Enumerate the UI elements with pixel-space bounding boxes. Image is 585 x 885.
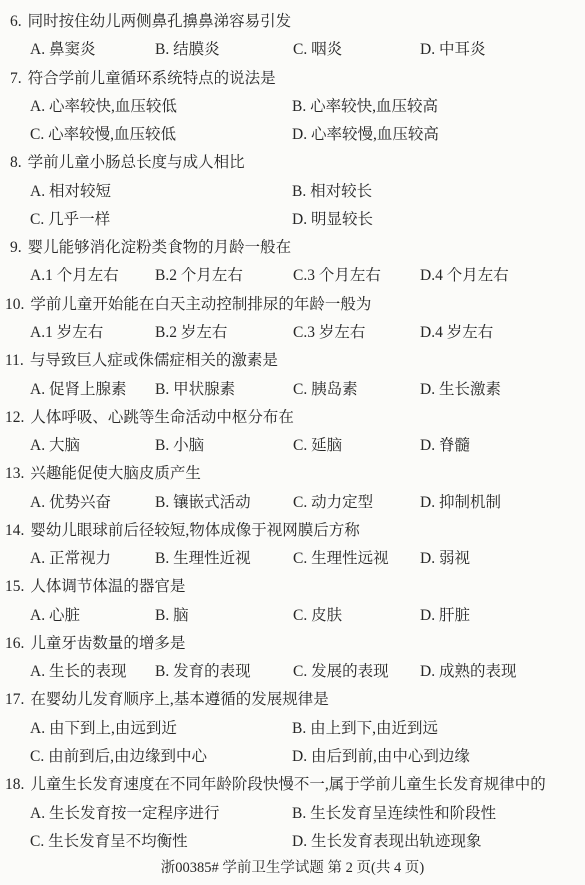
question-stem-text: 婴儿能够消化淀粉类食物的月龄一般在 <box>28 239 292 256</box>
question-stem-text: 同时按住幼儿两侧鼻孔擤鼻涕容易引发 <box>28 13 292 30</box>
question-number: 15. <box>5 578 24 595</box>
option-d: D.4 岁左右 <box>420 323 493 343</box>
question-stem-text: 人体调节体温的器官是 <box>30 578 185 595</box>
option-a: A. 促肾上腺素 <box>30 380 126 400</box>
option-d: D. 由后到前,由中心到边缘 <box>292 747 470 767</box>
option-c: C. 生理性远视 <box>293 549 389 569</box>
option-row: A. 鼻窦炎B. 结膜炎C. 咽炎D. 中耳炎 <box>0 40 585 62</box>
question-number: 18. <box>5 776 24 793</box>
option-b: B. 由上到下,由近到远 <box>292 719 438 739</box>
option-a: A. 生长发育按一定程序进行 <box>30 804 219 824</box>
option-row: A. 生长发育按一定程序进行B. 生长发育呈连续性和阶段性 <box>0 804 585 826</box>
question-stem-line: 15.人体调节体温的器官是 <box>0 577 585 599</box>
option-d: D. 心率较慢,血压较高 <box>292 125 439 145</box>
option-row: C. 心率较慢,血压较低D. 心率较慢,血压较高 <box>0 125 585 147</box>
option-row: C. 由前到后,由边缘到中心D. 由后到前,由中心到边缘 <box>0 747 585 769</box>
option-d: D. 脊髓 <box>420 436 470 456</box>
option-row: A. 相对较短B. 相对较长 <box>0 182 585 204</box>
option-c: C. 几乎一样 <box>30 210 110 230</box>
option-d: D. 生长发育表现出轨迹现象 <box>292 832 481 852</box>
question-stem-text: 学前儿童开始能在白天主动控制排尿的年龄一般为 <box>30 296 371 313</box>
option-d: D. 肝脏 <box>420 606 470 626</box>
option-a: A. 心率较快,血压较低 <box>30 97 177 117</box>
option-row: A. 心脏B. 脑C. 皮肤D. 肝脏 <box>0 606 585 628</box>
question-stem-text: 符合学前儿童循环系统特点的说法是 <box>28 70 276 87</box>
option-b: B. 结膜炎 <box>155 40 220 60</box>
option-d: D. 明显较长 <box>292 210 373 230</box>
option-d: D. 中耳炎 <box>420 40 485 60</box>
exam-page: 6.同时按住幼儿两侧鼻孔擤鼻涕容易引发A. 鼻窦炎B. 结膜炎C. 咽炎D. 中… <box>0 0 585 885</box>
option-row: A. 大脑B. 小脑C. 延脑D. 脊髓 <box>0 436 585 458</box>
option-c: C. 动力定型 <box>293 493 373 513</box>
question-stem-line: 6.同时按住幼儿两侧鼻孔擤鼻涕容易引发 <box>0 12 585 34</box>
option-c: C.3 岁左右 <box>293 323 365 343</box>
option-d: D. 弱视 <box>420 549 470 569</box>
option-a: A. 相对较短 <box>30 182 111 202</box>
question-stem-line: 17.在婴幼儿发育顺序上,基本遵循的发展规律是 <box>0 690 585 712</box>
option-c: C. 胰岛素 <box>293 380 358 400</box>
option-a: A.1 个月左右 <box>30 266 119 286</box>
option-c: C. 生长发育呈不均衡性 <box>30 832 188 852</box>
option-b: B. 相对较长 <box>292 182 372 202</box>
option-c: C. 心率较慢,血压较低 <box>30 125 176 145</box>
option-a: A. 大脑 <box>30 436 80 456</box>
page-footer: 浙00385# 学前卫生学试题 第 2 页(共 4 页) <box>0 858 585 878</box>
question-number: 7. <box>10 70 22 87</box>
question-stem-line: 8.学前儿童小肠总长度与成人相比 <box>0 153 585 175</box>
option-b: B. 发育的表现 <box>155 662 251 682</box>
option-a: A. 生长的表现 <box>30 662 126 682</box>
option-row: A. 正常视力B. 生理性近视C. 生理性远视D. 弱视 <box>0 549 585 571</box>
option-d: D. 抑制机制 <box>420 493 501 513</box>
question-number: 12. <box>5 409 24 426</box>
option-a: A. 正常视力 <box>30 549 111 569</box>
question-stem-line: 18.儿童生长发育速度在不同年龄阶段快慢不一,属于学前儿童生长发育规律中的 <box>0 775 585 797</box>
option-c: C. 延脑 <box>293 436 342 456</box>
question-stem-line: 12.人体呼吸、心跳等生命活动中枢分布在 <box>0 408 585 430</box>
option-d: D. 生长激素 <box>420 380 501 400</box>
question-stem-line: 16.儿童牙齿数量的增多是 <box>0 634 585 656</box>
option-row: C. 生长发育呈不均衡性D. 生长发育表现出轨迹现象 <box>0 832 585 854</box>
option-b: B. 脑 <box>155 606 189 626</box>
question-stem-text: 兴趣能促使大脑皮质产生 <box>30 465 201 482</box>
option-a: A. 由下到上,由远到近 <box>30 719 177 739</box>
option-d: D.4 个月左右 <box>420 266 509 286</box>
option-b: B. 生理性近视 <box>155 549 251 569</box>
question-stem-line: 9.婴儿能够消化淀粉类食物的月龄一般在 <box>0 238 585 260</box>
question-number: 8. <box>10 154 22 171</box>
question-stem-line: 13.兴趣能促使大脑皮质产生 <box>0 464 585 486</box>
option-c: C. 由前到后,由边缘到中心 <box>30 747 207 767</box>
question-number: 13. <box>5 465 24 482</box>
option-d: D. 成熟的表现 <box>420 662 516 682</box>
option-c: C. 皮肤 <box>293 606 342 626</box>
option-b: B.2 岁左右 <box>155 323 227 343</box>
option-row: C. 几乎一样D. 明显较长 <box>0 210 585 232</box>
option-a: A. 鼻窦炎 <box>30 40 95 60</box>
option-row: A. 心率较快,血压较低B. 心率较快,血压较高 <box>0 97 585 119</box>
question-stem-line: 11.与导致巨人症或侏儒症相关的激素是 <box>0 351 585 373</box>
question-stem-text: 与导致巨人症或侏儒症相关的激素是 <box>30 352 278 369</box>
option-b: B. 心率较快,血压较高 <box>292 97 438 117</box>
question-number: 17. <box>5 691 24 708</box>
option-row: A. 促肾上腺素B. 甲状腺素C. 胰岛素D. 生长激素 <box>0 380 585 402</box>
option-row: A.1 个月左右B.2 个月左右C.3 个月左右D.4 个月左右 <box>0 266 585 288</box>
question-number: 14. <box>5 522 24 539</box>
question-stem-text: 学前儿童小肠总长度与成人相比 <box>28 154 245 171</box>
question-stem-line: 7.符合学前儿童循环系统特点的说法是 <box>0 69 585 91</box>
option-row: A.1 岁左右B.2 岁左右C.3 岁左右D.4 岁左右 <box>0 323 585 345</box>
option-b: B. 甲状腺素 <box>155 380 235 400</box>
option-c: C. 咽炎 <box>293 40 342 60</box>
option-c: C. 发展的表现 <box>293 662 389 682</box>
option-a: A. 优势兴奋 <box>30 493 111 513</box>
option-a: A.1 岁左右 <box>30 323 103 343</box>
option-b: B.2 个月左右 <box>155 266 243 286</box>
question-stem-text: 人体呼吸、心跳等生命活动中枢分布在 <box>30 409 294 426</box>
option-b: B. 小脑 <box>155 436 204 456</box>
question-stem-line: 10.学前儿童开始能在白天主动控制排尿的年龄一般为 <box>0 295 585 317</box>
question-stem-text: 在婴幼儿发育顺序上,基本遵循的发展规律是 <box>30 691 328 708</box>
question-number: 6. <box>10 13 22 30</box>
option-row: A. 生长的表现B. 发育的表现C. 发展的表现D. 成熟的表现 <box>0 662 585 684</box>
option-b: B. 镶嵌式活动 <box>155 493 251 513</box>
question-number: 10. <box>5 296 24 313</box>
option-row: A. 由下到上,由远到近B. 由上到下,由近到远 <box>0 719 585 741</box>
question-stem-text: 儿童生长发育速度在不同年龄阶段快慢不一,属于学前儿童生长发育规律中的 <box>30 776 545 793</box>
question-number: 16. <box>5 635 24 652</box>
question-number: 9. <box>10 239 22 256</box>
option-row: A. 优势兴奋B. 镶嵌式活动C. 动力定型D. 抑制机制 <box>0 493 585 515</box>
question-stem-text: 婴幼儿眼球前后径较短,物体成像于视网膜后方称 <box>30 522 359 539</box>
question-stem-line: 14.婴幼儿眼球前后径较短,物体成像于视网膜后方称 <box>0 521 585 543</box>
option-a: A. 心脏 <box>30 606 80 626</box>
option-c: C.3 个月左右 <box>293 266 381 286</box>
question-number: 11. <box>5 352 24 369</box>
question-stem-text: 儿童牙齿数量的增多是 <box>30 635 185 652</box>
option-b: B. 生长发育呈连续性和阶段性 <box>292 804 496 824</box>
